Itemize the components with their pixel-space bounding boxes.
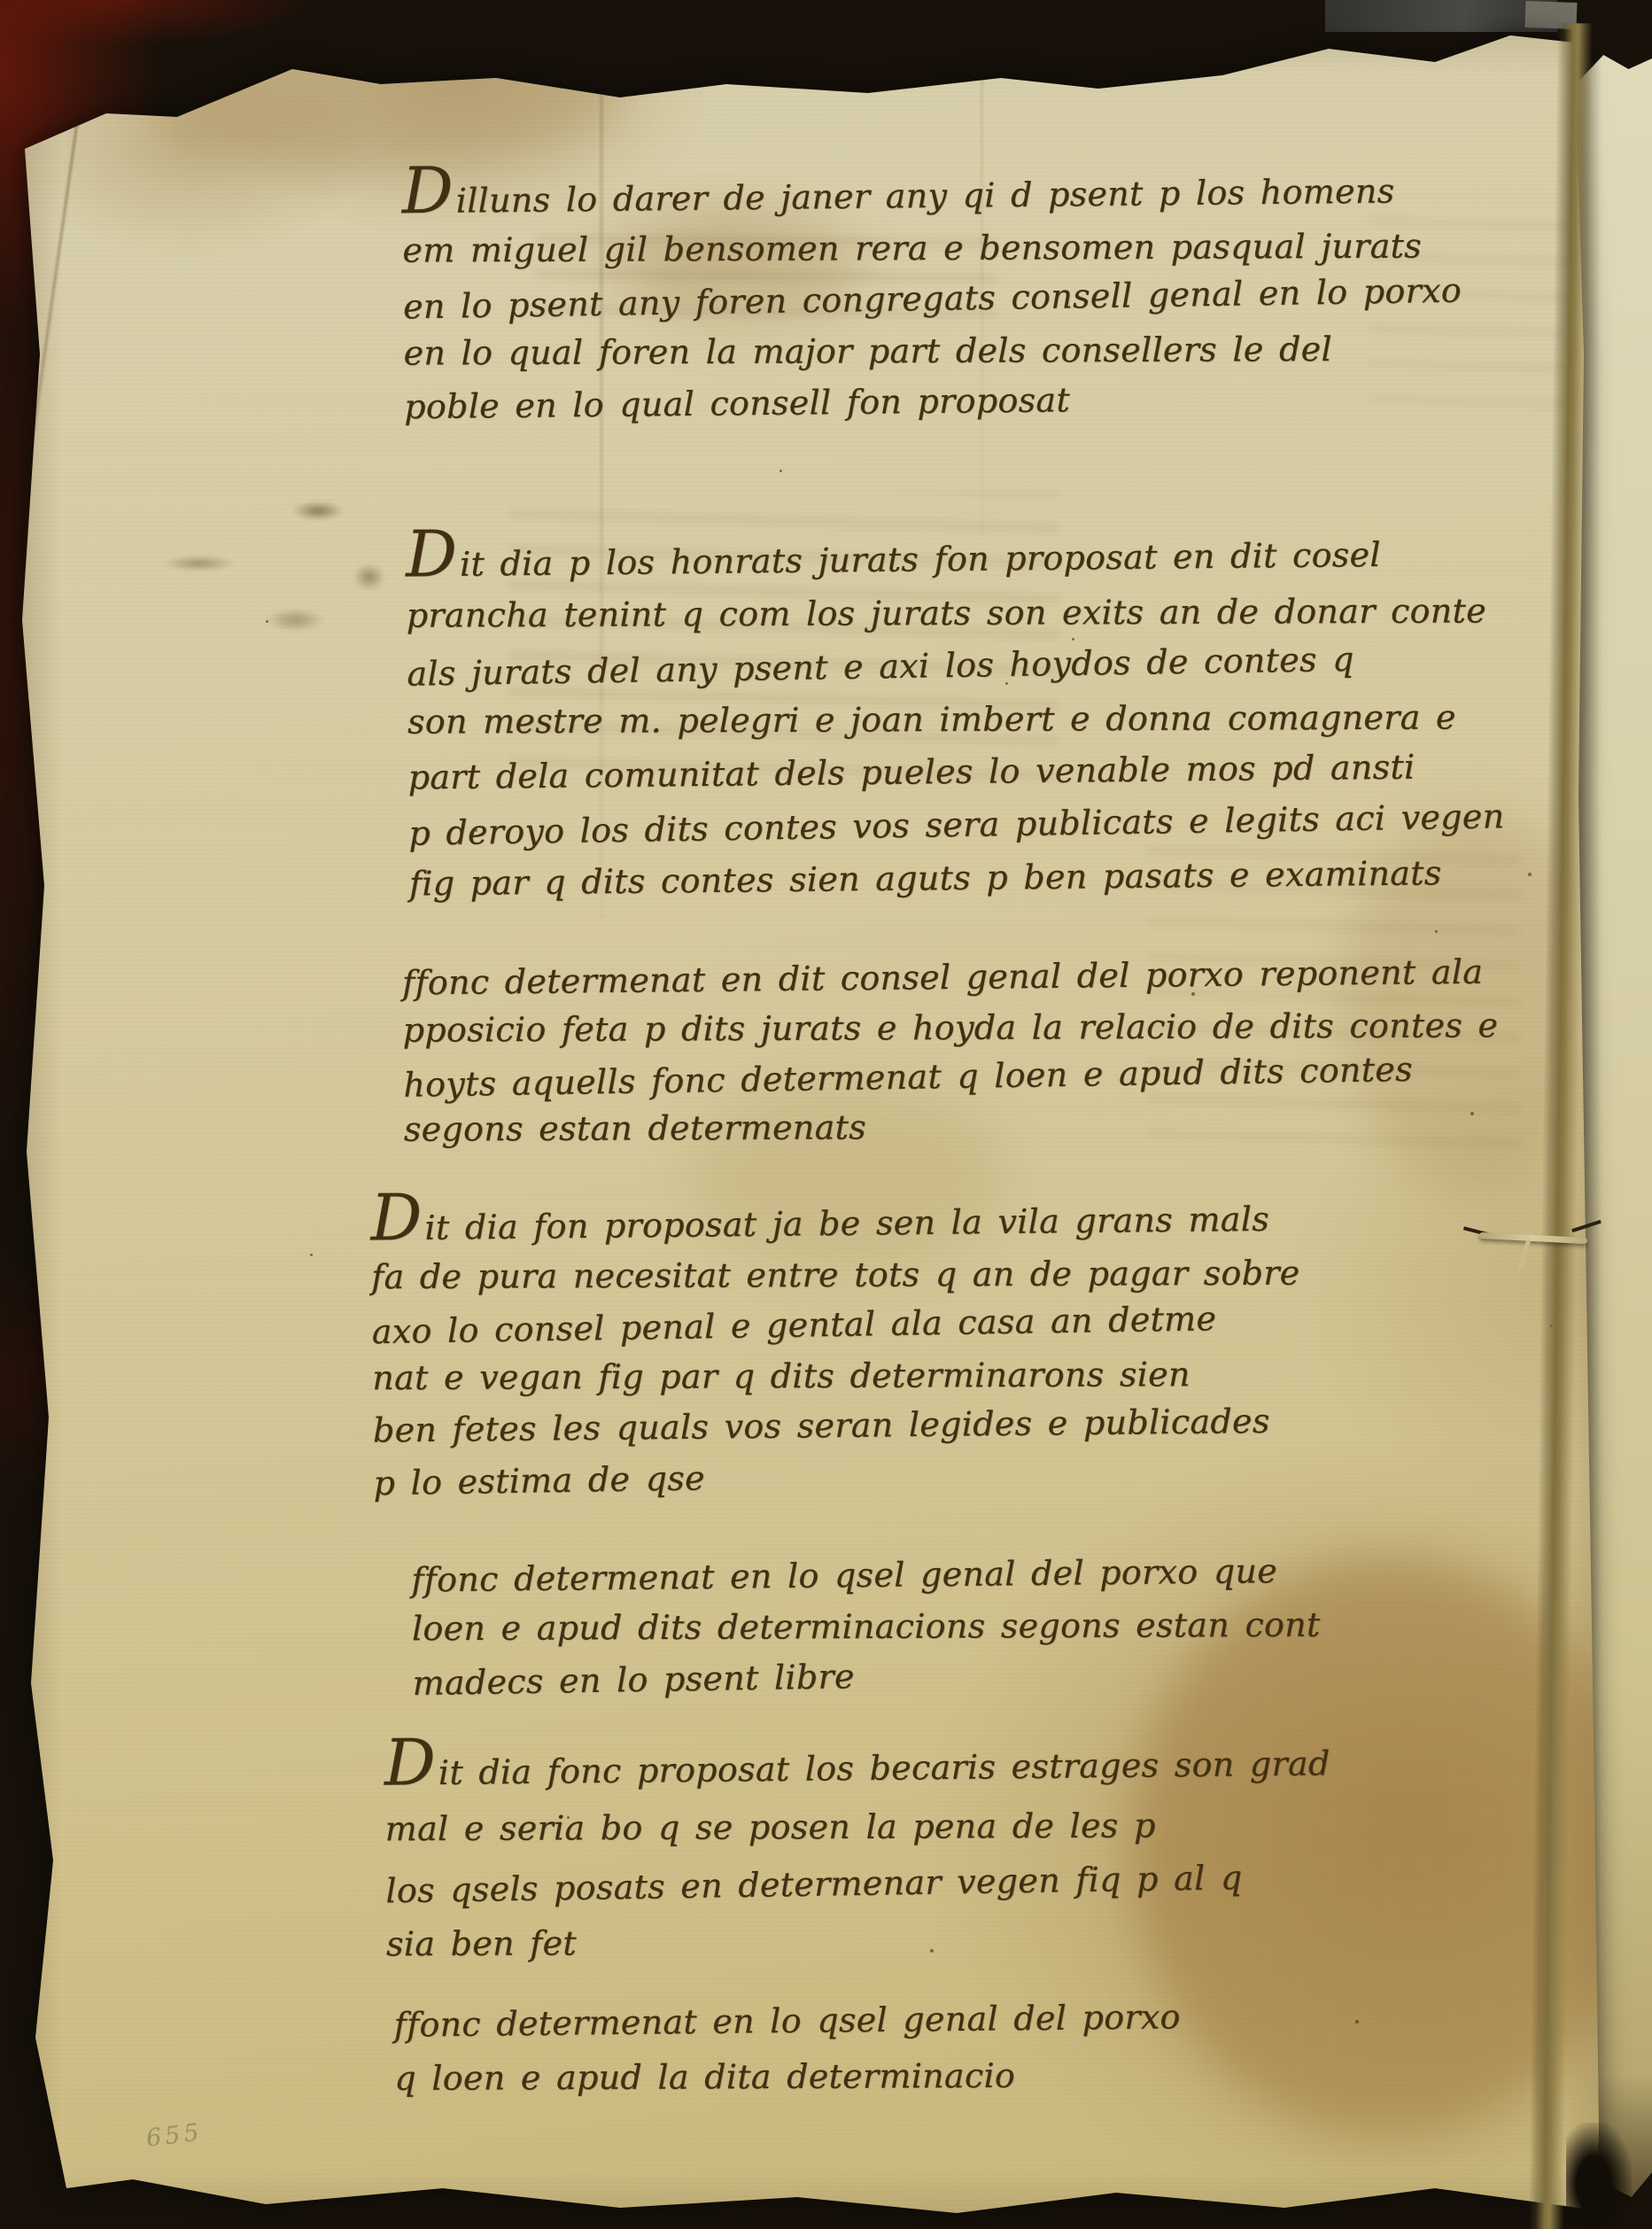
paragraph-1: Dilluns lo darer de janer any qi d psent… xyxy=(401,159,1462,432)
page-wrapper: 702 655 Dilluns lo darer de janer any qi… xyxy=(0,0,1652,2229)
margin-ink-showthrough xyxy=(120,456,403,651)
speck xyxy=(1528,873,1532,876)
paragraph-3: ffonc determenat en dit consel genal del… xyxy=(402,947,1500,1157)
folio-number-pencil: 702 xyxy=(82,51,182,107)
text-line: los qsels posats en determenar vegen fiq… xyxy=(385,1848,1331,1921)
speck xyxy=(1550,1324,1553,1327)
stitching-thread xyxy=(1463,1215,1614,1272)
text-line: sia ben fet xyxy=(386,1912,1332,1974)
speck xyxy=(266,620,268,623)
text-line: Dit dia fonc proposat los becaris estrag… xyxy=(384,1731,1330,1802)
corner-number-pencil: 655 xyxy=(144,2118,204,2153)
text-line: poble en lo qual consell fon proposat xyxy=(404,370,1463,433)
paragraph-2: Dit dia p los honrats jurats fon proposa… xyxy=(406,522,1506,911)
text-line: ffonc determenat en dit consel genal del… xyxy=(402,947,1498,1008)
text-line: en lo qual foren la major part dels cons… xyxy=(404,322,1462,378)
text-line: ffonc determenat en lo qsel genal del po… xyxy=(393,1989,1181,2052)
text-line: mal e seria bo q se posen la pena de les… xyxy=(385,1797,1331,1859)
text-line: madecs en lo psent libre xyxy=(412,1644,1321,1709)
text-line: son mestre m. pelegri e joan imbert e do… xyxy=(407,690,1503,748)
paragraph-4: Dit dia fon proposat ja be sen la vila g… xyxy=(370,1187,1302,1507)
manuscript-photo: 702 655 Dilluns lo darer de janer any qi… xyxy=(0,0,1652,2229)
text-line: ffonc determenat en lo qsel genal del po… xyxy=(411,1546,1320,1606)
speck xyxy=(779,470,782,472)
text-line: q loen e apud la dita determinacio xyxy=(394,2047,1181,2106)
gutter-shadow-bottom xyxy=(1566,2123,1632,2229)
stain-top-left xyxy=(146,4,624,173)
text-line: Dit dia p los honrats jurats fon proposa… xyxy=(406,522,1502,592)
paragraph-6: Dit dia fonc proposat los becaris estrag… xyxy=(384,1731,1332,1975)
text-line: axo lo consel penal e gental ala casa an… xyxy=(371,1293,1300,1357)
text-line: segons estan determenats xyxy=(404,1099,1500,1153)
text-line: Dit dia fon proposat ja be sen la vila g… xyxy=(370,1187,1299,1254)
paragraph-7: ffonc determenat en lo qsel genal del po… xyxy=(393,1989,1181,2107)
manuscript-page: 702 655 Dilluns lo darer de janer any qi… xyxy=(13,31,1601,2224)
speck xyxy=(310,1254,313,1256)
speck xyxy=(1435,930,1438,933)
corner-fold-crease xyxy=(0,75,85,979)
thread-tail xyxy=(1517,1239,1532,1270)
text-line: Dilluns lo darer de janer any qi d psent… xyxy=(401,159,1461,228)
thread-fray xyxy=(1571,1220,1602,1232)
thread-strand xyxy=(1479,1232,1587,1244)
speck xyxy=(1355,2020,1359,2023)
text-line: nat e vegan fig par q dits determinarons… xyxy=(372,1349,1301,1404)
paragraph-5: ffonc determenat en lo qsel genal del po… xyxy=(411,1546,1321,1707)
